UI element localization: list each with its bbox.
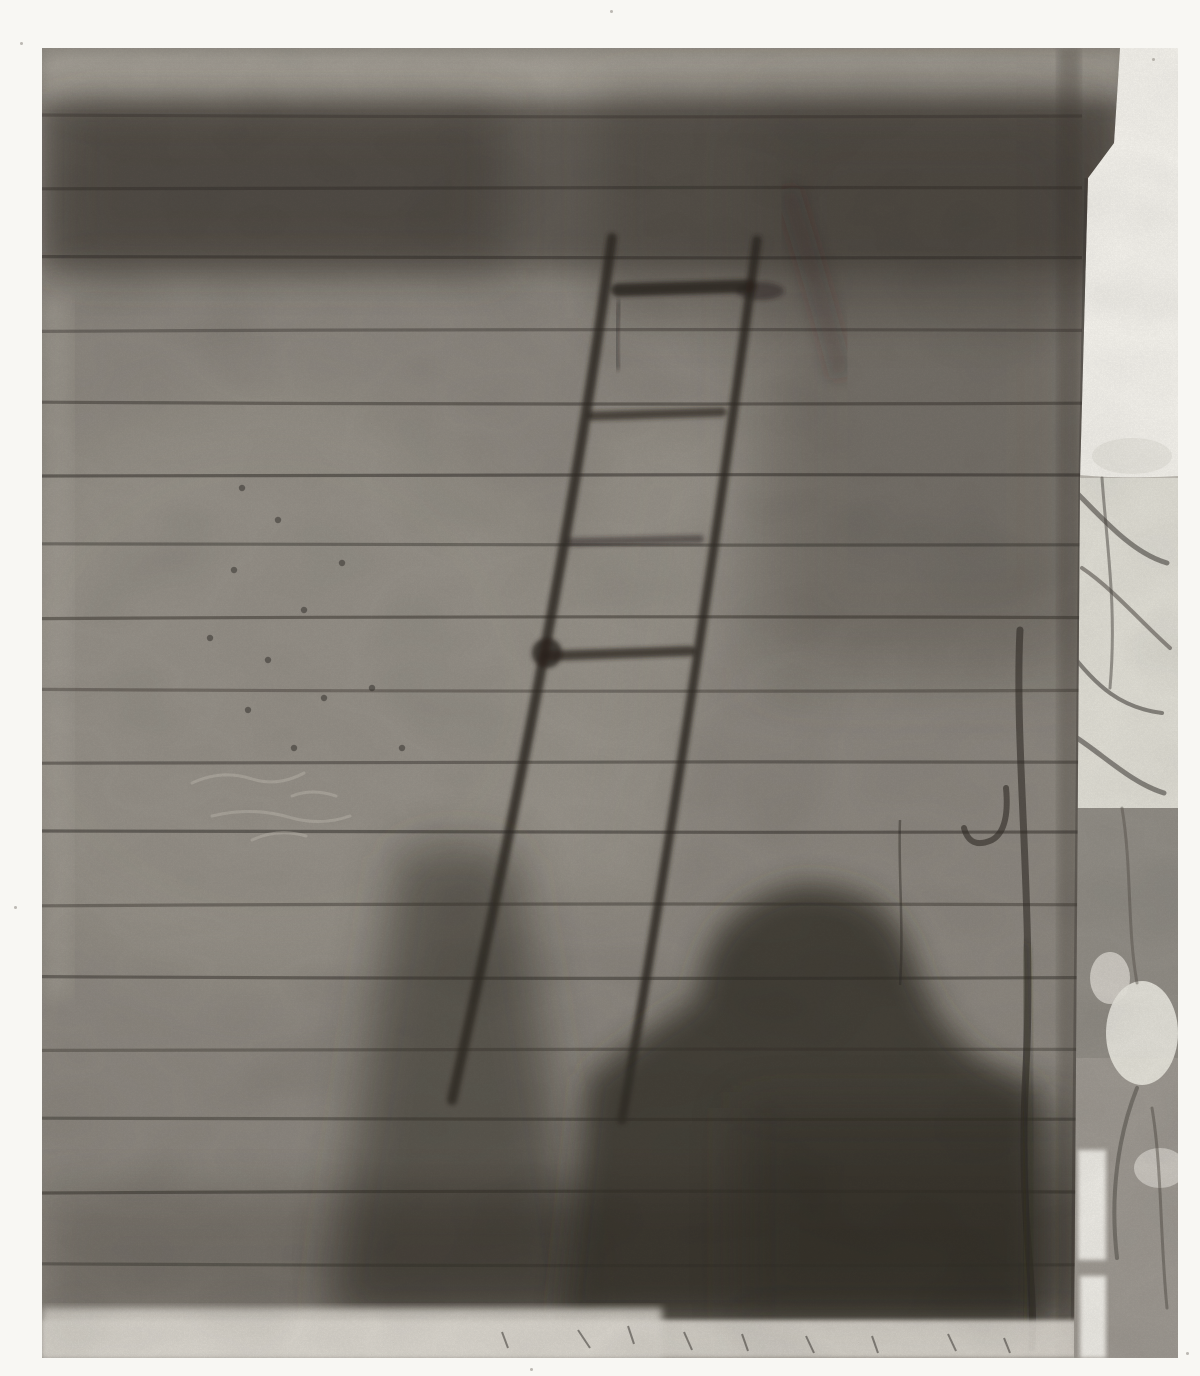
photograph [42,48,1178,1358]
page-dust-speck [1152,58,1155,61]
photo-canvas [42,48,1178,1358]
page-dust-speck [20,42,23,45]
page-dust-speck [530,1368,533,1371]
page-dust-speck [14,906,17,909]
page [0,0,1200,1376]
grain-overlay [42,48,1178,1358]
page-dust-speck [1186,1352,1189,1355]
page-dust-speck [610,10,613,13]
